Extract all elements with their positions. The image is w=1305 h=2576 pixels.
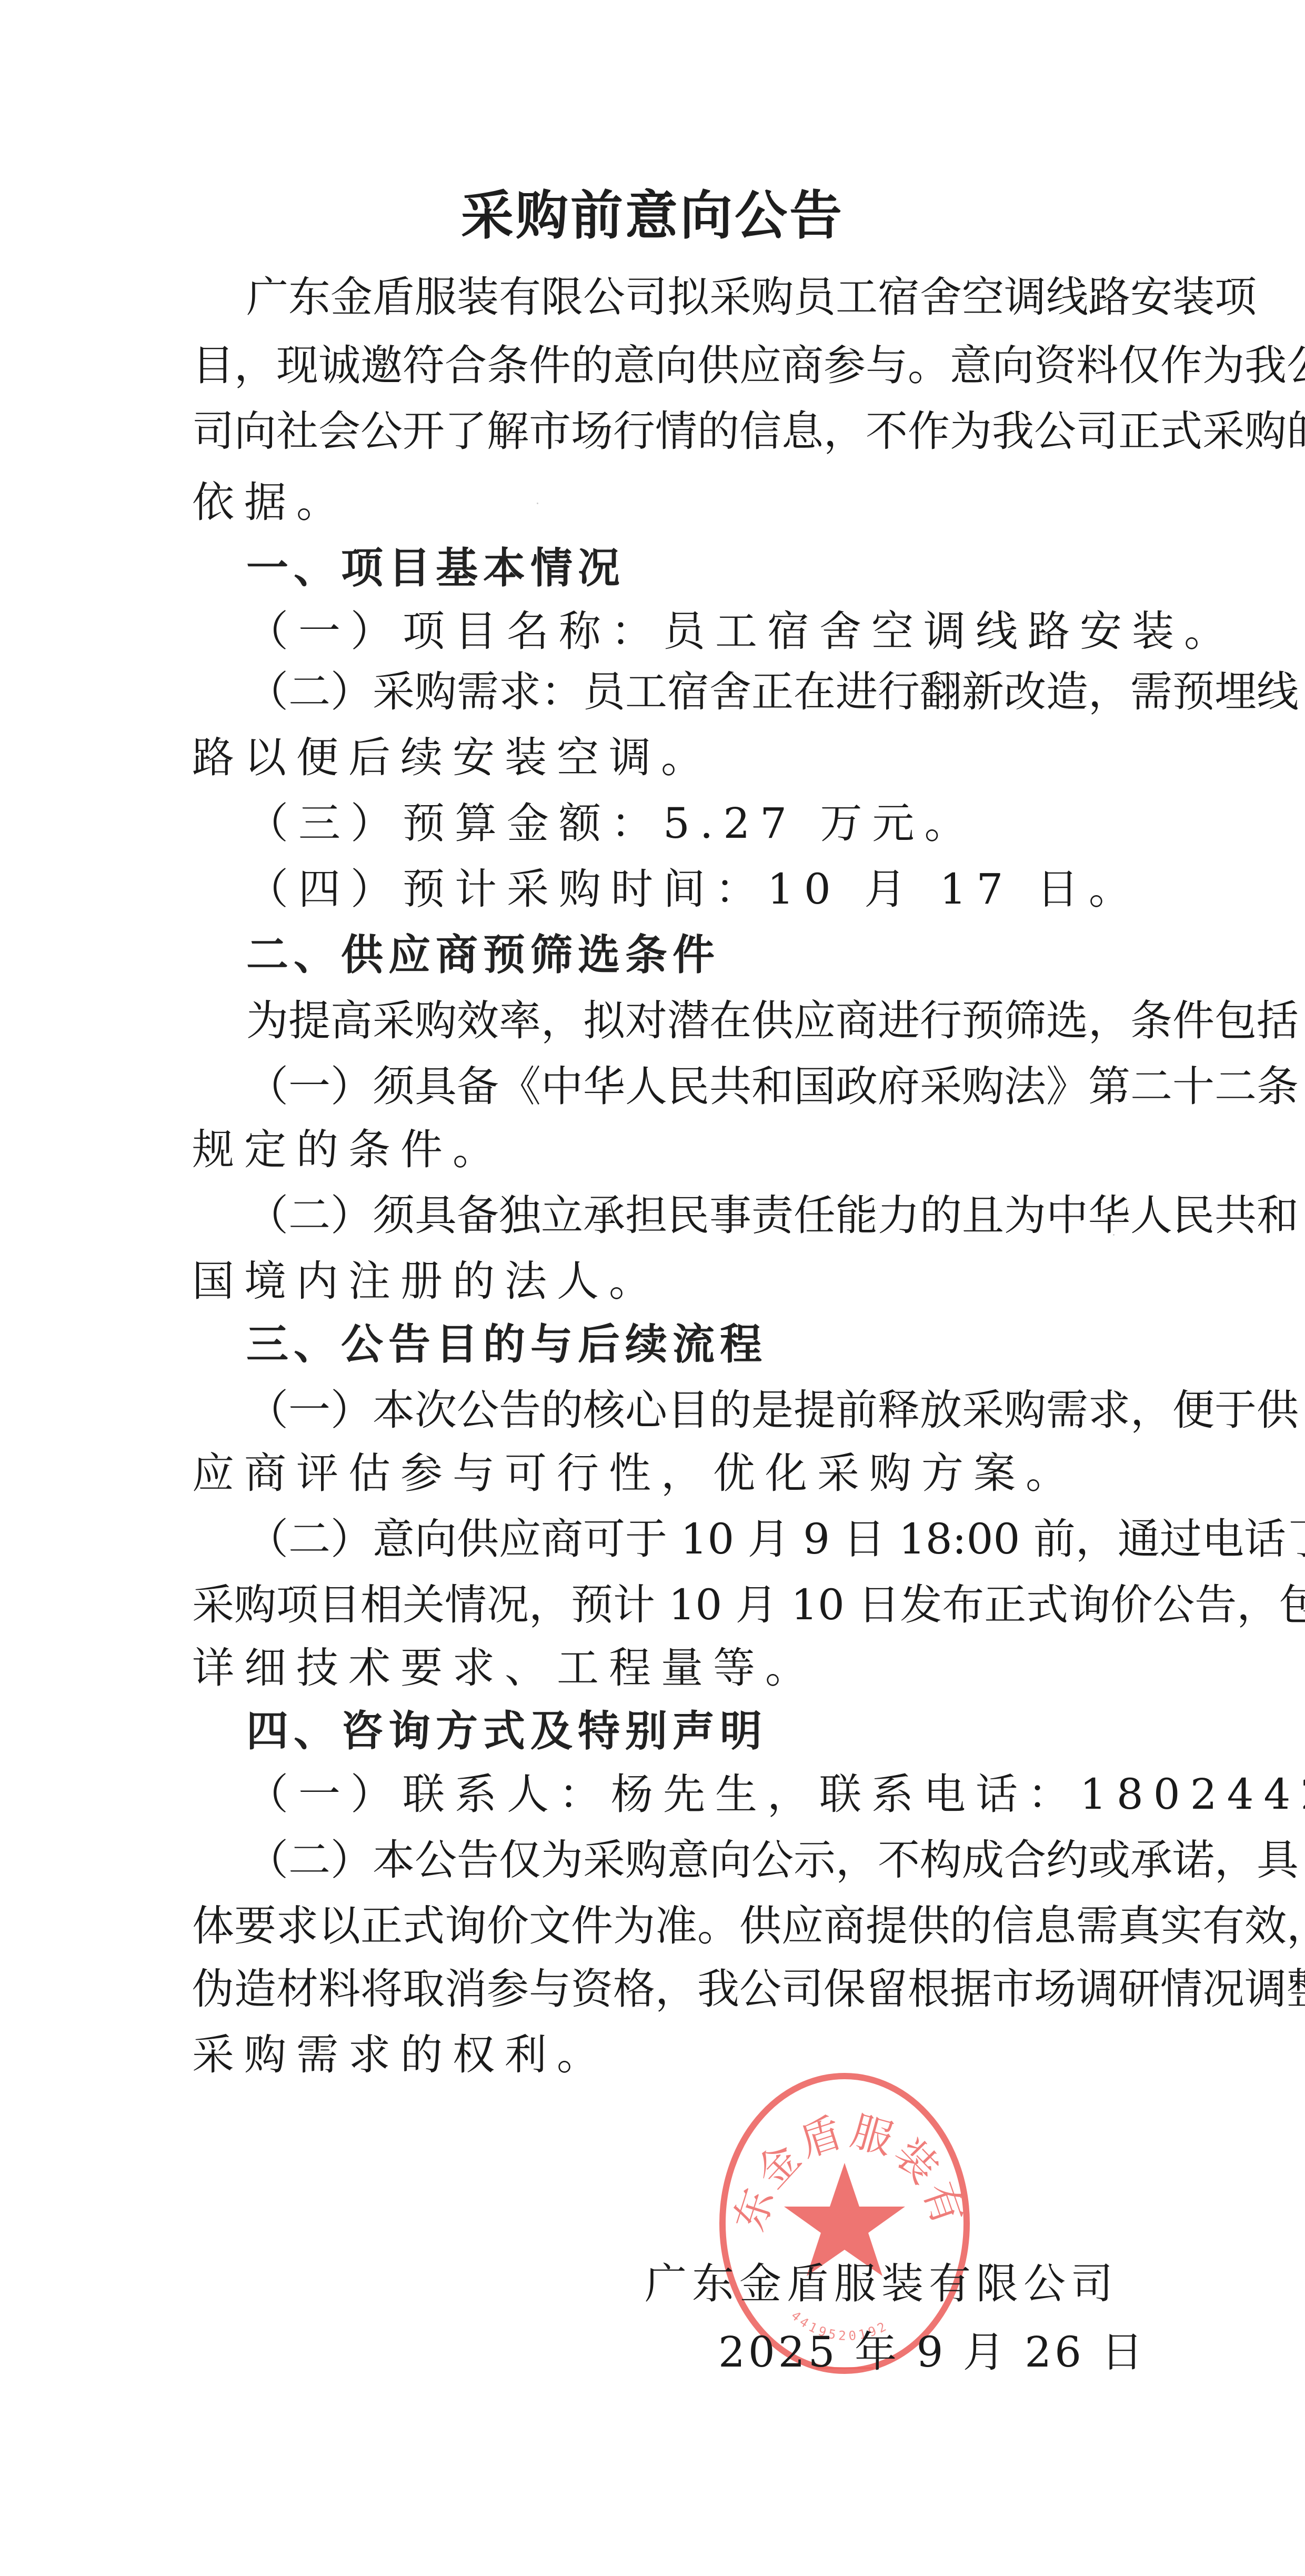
- intro-line-2: 目，现诚邀符合条件的意向供应商参与。意向资料仅作为我公: [192, 337, 1134, 395]
- section-heading-4: 四、咨询方式及特别声明: [246, 1702, 767, 1760]
- section2-item1-line2: 规定的条件。: [192, 1121, 1134, 1179]
- signature-date: 2025 年 9 月 26 日: [718, 2323, 1146, 2381]
- section1-item2-line2: 路以便后续安装空调。: [192, 729, 1134, 787]
- document-title: 采购前意向公告: [0, 182, 1305, 250]
- document-page: 采购前意向公告 广东金盾服装有限公司拟采购员工宿舍空调线路安装项 目，现诚邀符合…: [0, 0, 1305, 2576]
- section-heading-2: 二、供应商预筛选条件: [246, 926, 720, 984]
- section-heading-1: 一、项目基本情况: [246, 539, 625, 597]
- signature-company: 广东金盾服装有限公司: [645, 2255, 1118, 2313]
- section1-item3-line1: （三）预算金额：5.27 万元。: [246, 795, 1134, 853]
- section2-item2-line2: 国境内注册的法人。: [192, 1252, 1134, 1310]
- intro-line-3: 司向社会公开了解市场行情的信息，不作为我公司正式采购的: [192, 403, 1134, 460]
- section2-item1-line1: （一）须具备《中华人民共和国政府采购法》第二十二条: [246, 1058, 1134, 1116]
- section4-item1-line1: （一）联系人：杨先生，联系电话：18024426506。: [246, 1766, 1134, 1823]
- section1-item2-line1: （二）采购需求：员工宿舍正在进行翻新改造，需预埋线: [246, 663, 1134, 721]
- section3-item1-line1: （一）本次公告的核心目的是提前释放采购需求，便于供: [246, 1381, 1134, 1439]
- section4-item2-line3: 伪造材料将取消参与资格，我公司保留根据市场调研情况调整: [192, 1960, 1134, 2018]
- scan-speck: [537, 503, 538, 504]
- intro-line-1: 广东金盾服装有限公司拟采购员工宿舍空调线路安装项: [246, 268, 1134, 326]
- scan-speck: [1113, 1234, 1115, 1236]
- section4-item2-line4: 采购需求的权利。: [192, 2026, 1134, 2084]
- section3-item2-line1: （二）意向供应商可于 10 月 9 日 18:00 前，通过电话了解: [246, 1510, 1134, 1568]
- section1-item1-line1: （一）项目名称：员工宿舍空调线路安装。: [246, 603, 1134, 660]
- section4-item2-line1: （二）本公告仅为采购意向公示，不构成合约或承诺，具: [246, 1831, 1134, 1889]
- section4-item2-line2: 体要求以正式询价文件为准。供应商提供的信息需真实有效，: [192, 1897, 1134, 1955]
- section3-item2-line2: 采购项目相关情况，预计 10 月 10 日发布正式询价公告，包含: [192, 1576, 1134, 1634]
- section3-item2-line3: 详细技术要求、工程量等。: [192, 1639, 1134, 1697]
- intro-line-4: 依据。: [192, 474, 1134, 532]
- section1-item4-line1: （四）预计采购时间：10 月 17 日。: [246, 860, 1134, 918]
- section2-item2-line1: （二）须具备独立承担民事责任能力的且为中华人民共和: [246, 1187, 1134, 1245]
- section2-intro: 为提高采购效率，拟对潜在供应商进行预筛选，条件包括：: [246, 992, 1134, 1050]
- section-heading-3: 三、公告目的与后续流程: [246, 1316, 767, 1374]
- section3-item1-line2: 应商评估参与可行性，优化采购方案。: [192, 1445, 1134, 1502]
